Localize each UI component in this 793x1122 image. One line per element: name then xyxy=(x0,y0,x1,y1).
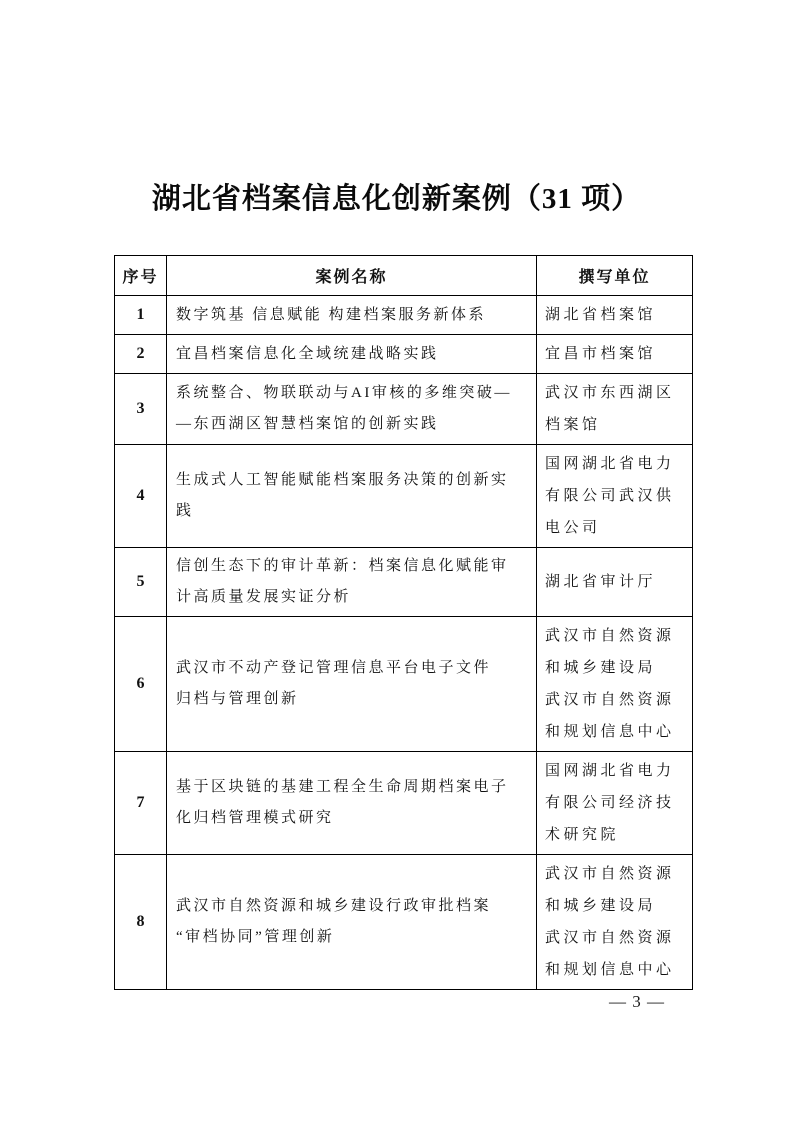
table-row: 8 武汉市自然资源和城乡建设行政审批档案 “审档协同”管理创新 武汉市自然资源 … xyxy=(115,855,693,990)
page-number: — 3 — xyxy=(609,992,665,1012)
cell-row-no: 4 xyxy=(115,445,167,548)
cases-table: 序号 案例名称 撰写单位 1 数字筑基 信息赋能 构建档案服务新体系 湖北省档案… xyxy=(114,255,693,990)
cell-unit: 国网湖北省电力 有限公司武汉供 电公司 xyxy=(537,445,693,548)
cell-unit: 武汉市东西湖区 档案馆 xyxy=(537,374,693,445)
table-row: 2 宜昌档案信息化全域统建战略实践 宜昌市档案馆 xyxy=(115,335,693,374)
cell-row-no: 6 xyxy=(115,617,167,752)
table-row: 4 生成式人工智能赋能档案服务决策的创新实 践 国网湖北省电力 有限公司武汉供 … xyxy=(115,445,693,548)
cell-unit: 湖北省审计厅 xyxy=(537,548,693,617)
document-page: 湖北省档案信息化创新案例（31 项） 序号 案例名称 撰写单位 1 数字筑基 信… xyxy=(0,0,793,1122)
table-row: 5 信创生态下的审计革新：档案信息化赋能审 计高质量发展实证分析 湖北省审计厅 xyxy=(115,548,693,617)
table-row: 6 武汉市不动产登记管理信息平台电子文件 归档与管理创新 武汉市自然资源 和城乡… xyxy=(115,617,693,752)
table-row: 3 系统整合、物联联动与AI审核的多维突破— —东西湖区智慧档案馆的创新实践 武… xyxy=(115,374,693,445)
cell-case-name: 基于区块链的基建工程全生命周期档案电子 化归档管理模式研究 xyxy=(167,752,537,855)
cell-row-no: 2 xyxy=(115,335,167,374)
table-row: 1 数字筑基 信息赋能 构建档案服务新体系 湖北省档案馆 xyxy=(115,296,693,335)
col-header-no: 序号 xyxy=(115,256,167,296)
cell-row-no: 3 xyxy=(115,374,167,445)
cell-row-no: 5 xyxy=(115,548,167,617)
cell-row-no: 8 xyxy=(115,855,167,990)
cell-row-no: 1 xyxy=(115,296,167,335)
table-header-row: 序号 案例名称 撰写单位 xyxy=(115,256,693,296)
cell-case-name: 生成式人工智能赋能档案服务决策的创新实 践 xyxy=(167,445,537,548)
cell-case-name: 系统整合、物联联动与AI审核的多维突破— —东西湖区智慧档案馆的创新实践 xyxy=(167,374,537,445)
cell-unit: 国网湖北省电力 有限公司经济技 术研究院 xyxy=(537,752,693,855)
cell-case-name: 宜昌档案信息化全域统建战略实践 xyxy=(167,335,537,374)
cell-case-name: 武汉市不动产登记管理信息平台电子文件 归档与管理创新 xyxy=(167,617,537,752)
table-row: 7 基于区块链的基建工程全生命周期档案电子 化归档管理模式研究 国网湖北省电力 … xyxy=(115,752,693,855)
cell-unit: 宜昌市档案馆 xyxy=(537,335,693,374)
cell-case-name: 武汉市自然资源和城乡建设行政审批档案 “审档协同”管理创新 xyxy=(167,855,537,990)
cell-case-name: 信创生态下的审计革新：档案信息化赋能审 计高质量发展实证分析 xyxy=(167,548,537,617)
cell-unit: 武汉市自然资源 和城乡建设局 武汉市自然资源 和规划信息中心 xyxy=(537,617,693,752)
cell-case-name: 数字筑基 信息赋能 构建档案服务新体系 xyxy=(167,296,537,335)
col-header-case-name: 案例名称 xyxy=(167,256,537,296)
col-header-unit: 撰写单位 xyxy=(537,256,693,296)
cell-row-no: 7 xyxy=(115,752,167,855)
cell-unit: 武汉市自然资源 和城乡建设局 武汉市自然资源 和规划信息中心 xyxy=(537,855,693,990)
page-title: 湖北省档案信息化创新案例（31 项） xyxy=(0,176,793,217)
cell-unit: 湖北省档案馆 xyxy=(537,296,693,335)
